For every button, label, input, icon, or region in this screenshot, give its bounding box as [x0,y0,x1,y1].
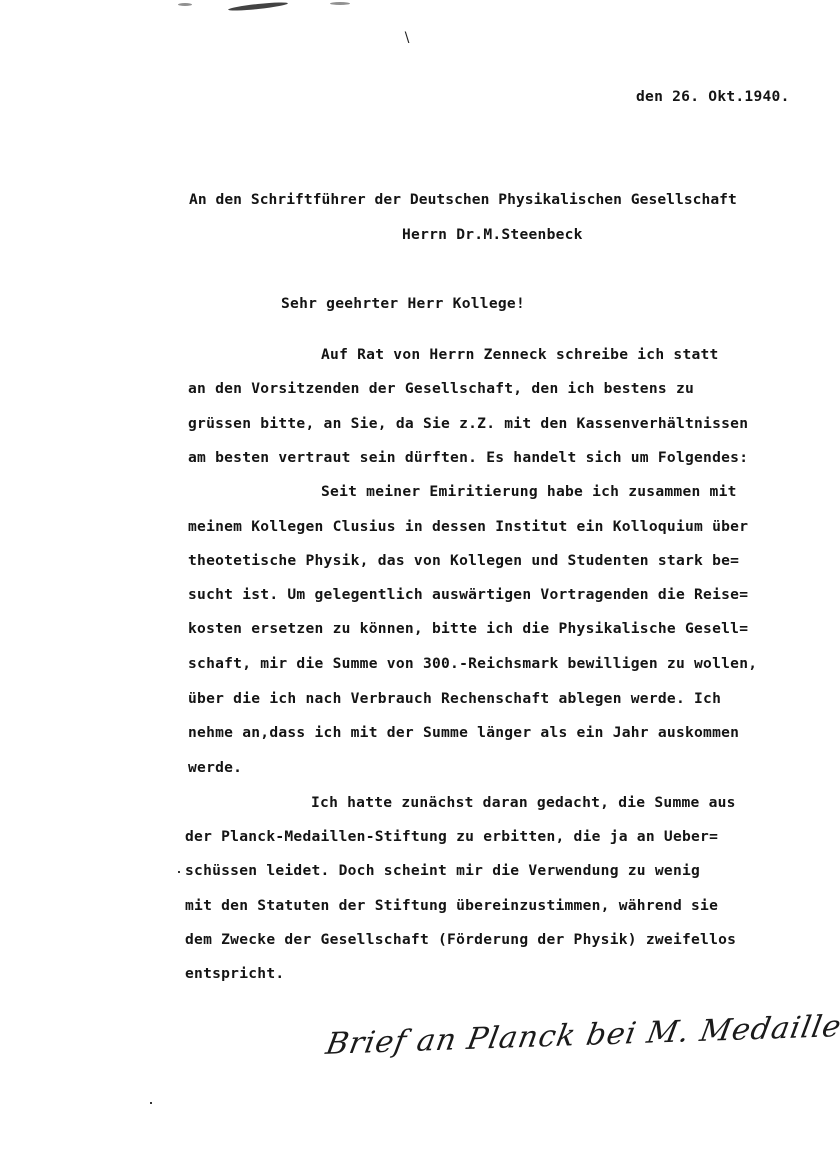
text-line: schüssen leidet. Doch scheint mir die Ve… [185,862,700,879]
text-line: dem Zwecke der Gesellschaft (Förderung d… [185,931,736,948]
scan-smudge [228,1,288,12]
text-line: grüssen bitte, an Sie, da Sie z.Z. mit d… [188,415,748,432]
scan-speck [178,871,180,873]
recipient-line-1: An den Schriftführer der Deutschen Physi… [189,191,737,208]
text-line: Auf Rat von Herrn Zenneck schreibe ich s… [321,346,719,363]
text-line: schaft, mir die Summe von 300.-Reichsmar… [188,655,757,672]
text-line: über die ich nach Verbrauch Rechenschaft… [188,690,721,707]
text-line: Ich hatte zunächst daran gedacht, die Su… [311,794,736,811]
text-line: mit den Statuten der Stiftung übereinzus… [185,897,718,914]
text-line: entspricht. [185,965,284,982]
text-line: an den Vorsitzenden der Gesellschaft, de… [188,380,694,397]
pen-mark: ∖ [402,30,411,46]
salutation: Sehr geehrter Herr Kollege! [281,295,525,312]
text-line: kosten ersetzen zu können, bitte ich die… [188,620,748,637]
handwritten-note: Brief an Planck bei M. Medaille [323,1009,840,1062]
scan-smudge [178,3,192,6]
text-line: theotetische Physik, das von Kollegen un… [188,552,739,569]
text-line: werde. [188,759,242,776]
text-line: nehme an,dass ich mit der Summe länger a… [188,724,739,741]
scan-speck [150,1102,152,1104]
text-line: meinem Kollegen Clusius in dessen Instit… [188,518,748,535]
recipient-line-2: Herrn Dr.M.Steenbeck [402,226,583,243]
scan-smudge [330,2,350,5]
text-line: sucht ist. Um gelegentlich auswärtigen V… [188,586,748,603]
letter-date: den 26. Okt.1940. [636,88,790,105]
text-line: der Planck-Medaillen-Stiftung zu erbitte… [185,828,718,845]
text-line: Seit meiner Emiritierung habe ich zusamm… [321,483,737,500]
text-line: am besten vertraut sein dürften. Es hand… [188,449,748,466]
